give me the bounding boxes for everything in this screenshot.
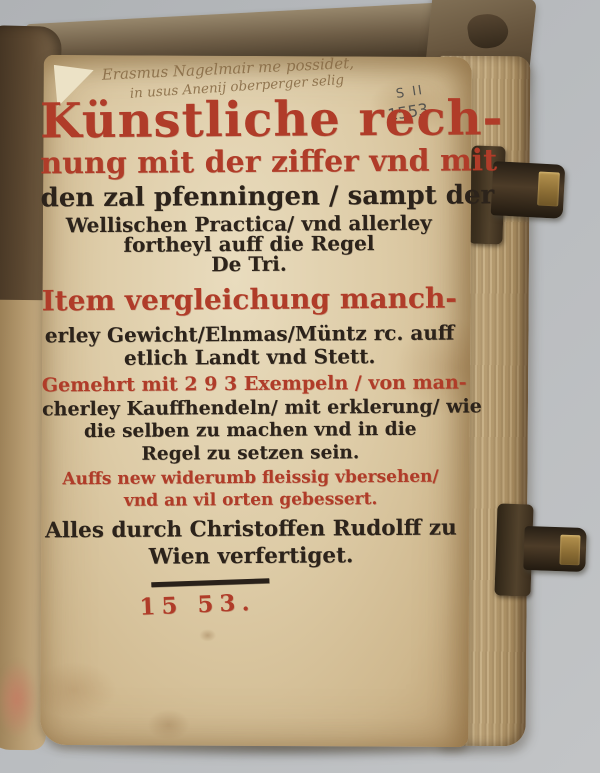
section3-line-1: cherley Kauffhendeln/ mit erklerung/ wie — [42, 398, 458, 420]
photograph-of-book: Erasmus Nagelmair me possidet, in usus A… — [0, 0, 600, 773]
clasp-brass-fitting — [559, 535, 580, 566]
title-line-3: den zal pfenningen / sampt der — [40, 183, 456, 212]
title-line-1: Künstliche rech- — [40, 95, 456, 146]
section2-line-2: etlich Landt vnd Stett. — [42, 346, 458, 369]
publication-year: 15 53. — [107, 590, 288, 621]
title-line-2: nung mit der ziffer vnd mit — [40, 147, 456, 180]
letterpress-text-block: Künstliche rech- nung mit der ziffer vnd… — [40, 55, 461, 748]
title-page: Erasmus Nagelmair me possidet, in usus A… — [40, 55, 472, 747]
revision-note-line-1: Auffs new widerumb fleissig vbersehen/ — [42, 469, 458, 489]
title-line-6: De Tri. — [41, 253, 457, 276]
section3-line-2: die selben zu machen vnd in die — [42, 421, 458, 442]
section2-line-1: erley Gewicht/Elnmas/Müntz rc. auff — [41, 323, 457, 346]
clasp-brass-fitting — [537, 171, 560, 206]
section3-line-3: Regel zu setzen sein. — [42, 444, 458, 465]
section3-heading: Gemehrt mit 2 9 3 Exempeln / von man- — [42, 374, 458, 396]
revision-note-line-2: vnd an vil orten gebessert. — [43, 491, 459, 511]
imprint-line-2: Wien verfertiget. — [43, 545, 459, 569]
imprint-line-1: Alles durch Christoffen Rudolff zu — [43, 518, 459, 542]
printers-rule — [151, 578, 269, 586]
section2-heading: Item vergleichung manch- — [41, 285, 457, 316]
